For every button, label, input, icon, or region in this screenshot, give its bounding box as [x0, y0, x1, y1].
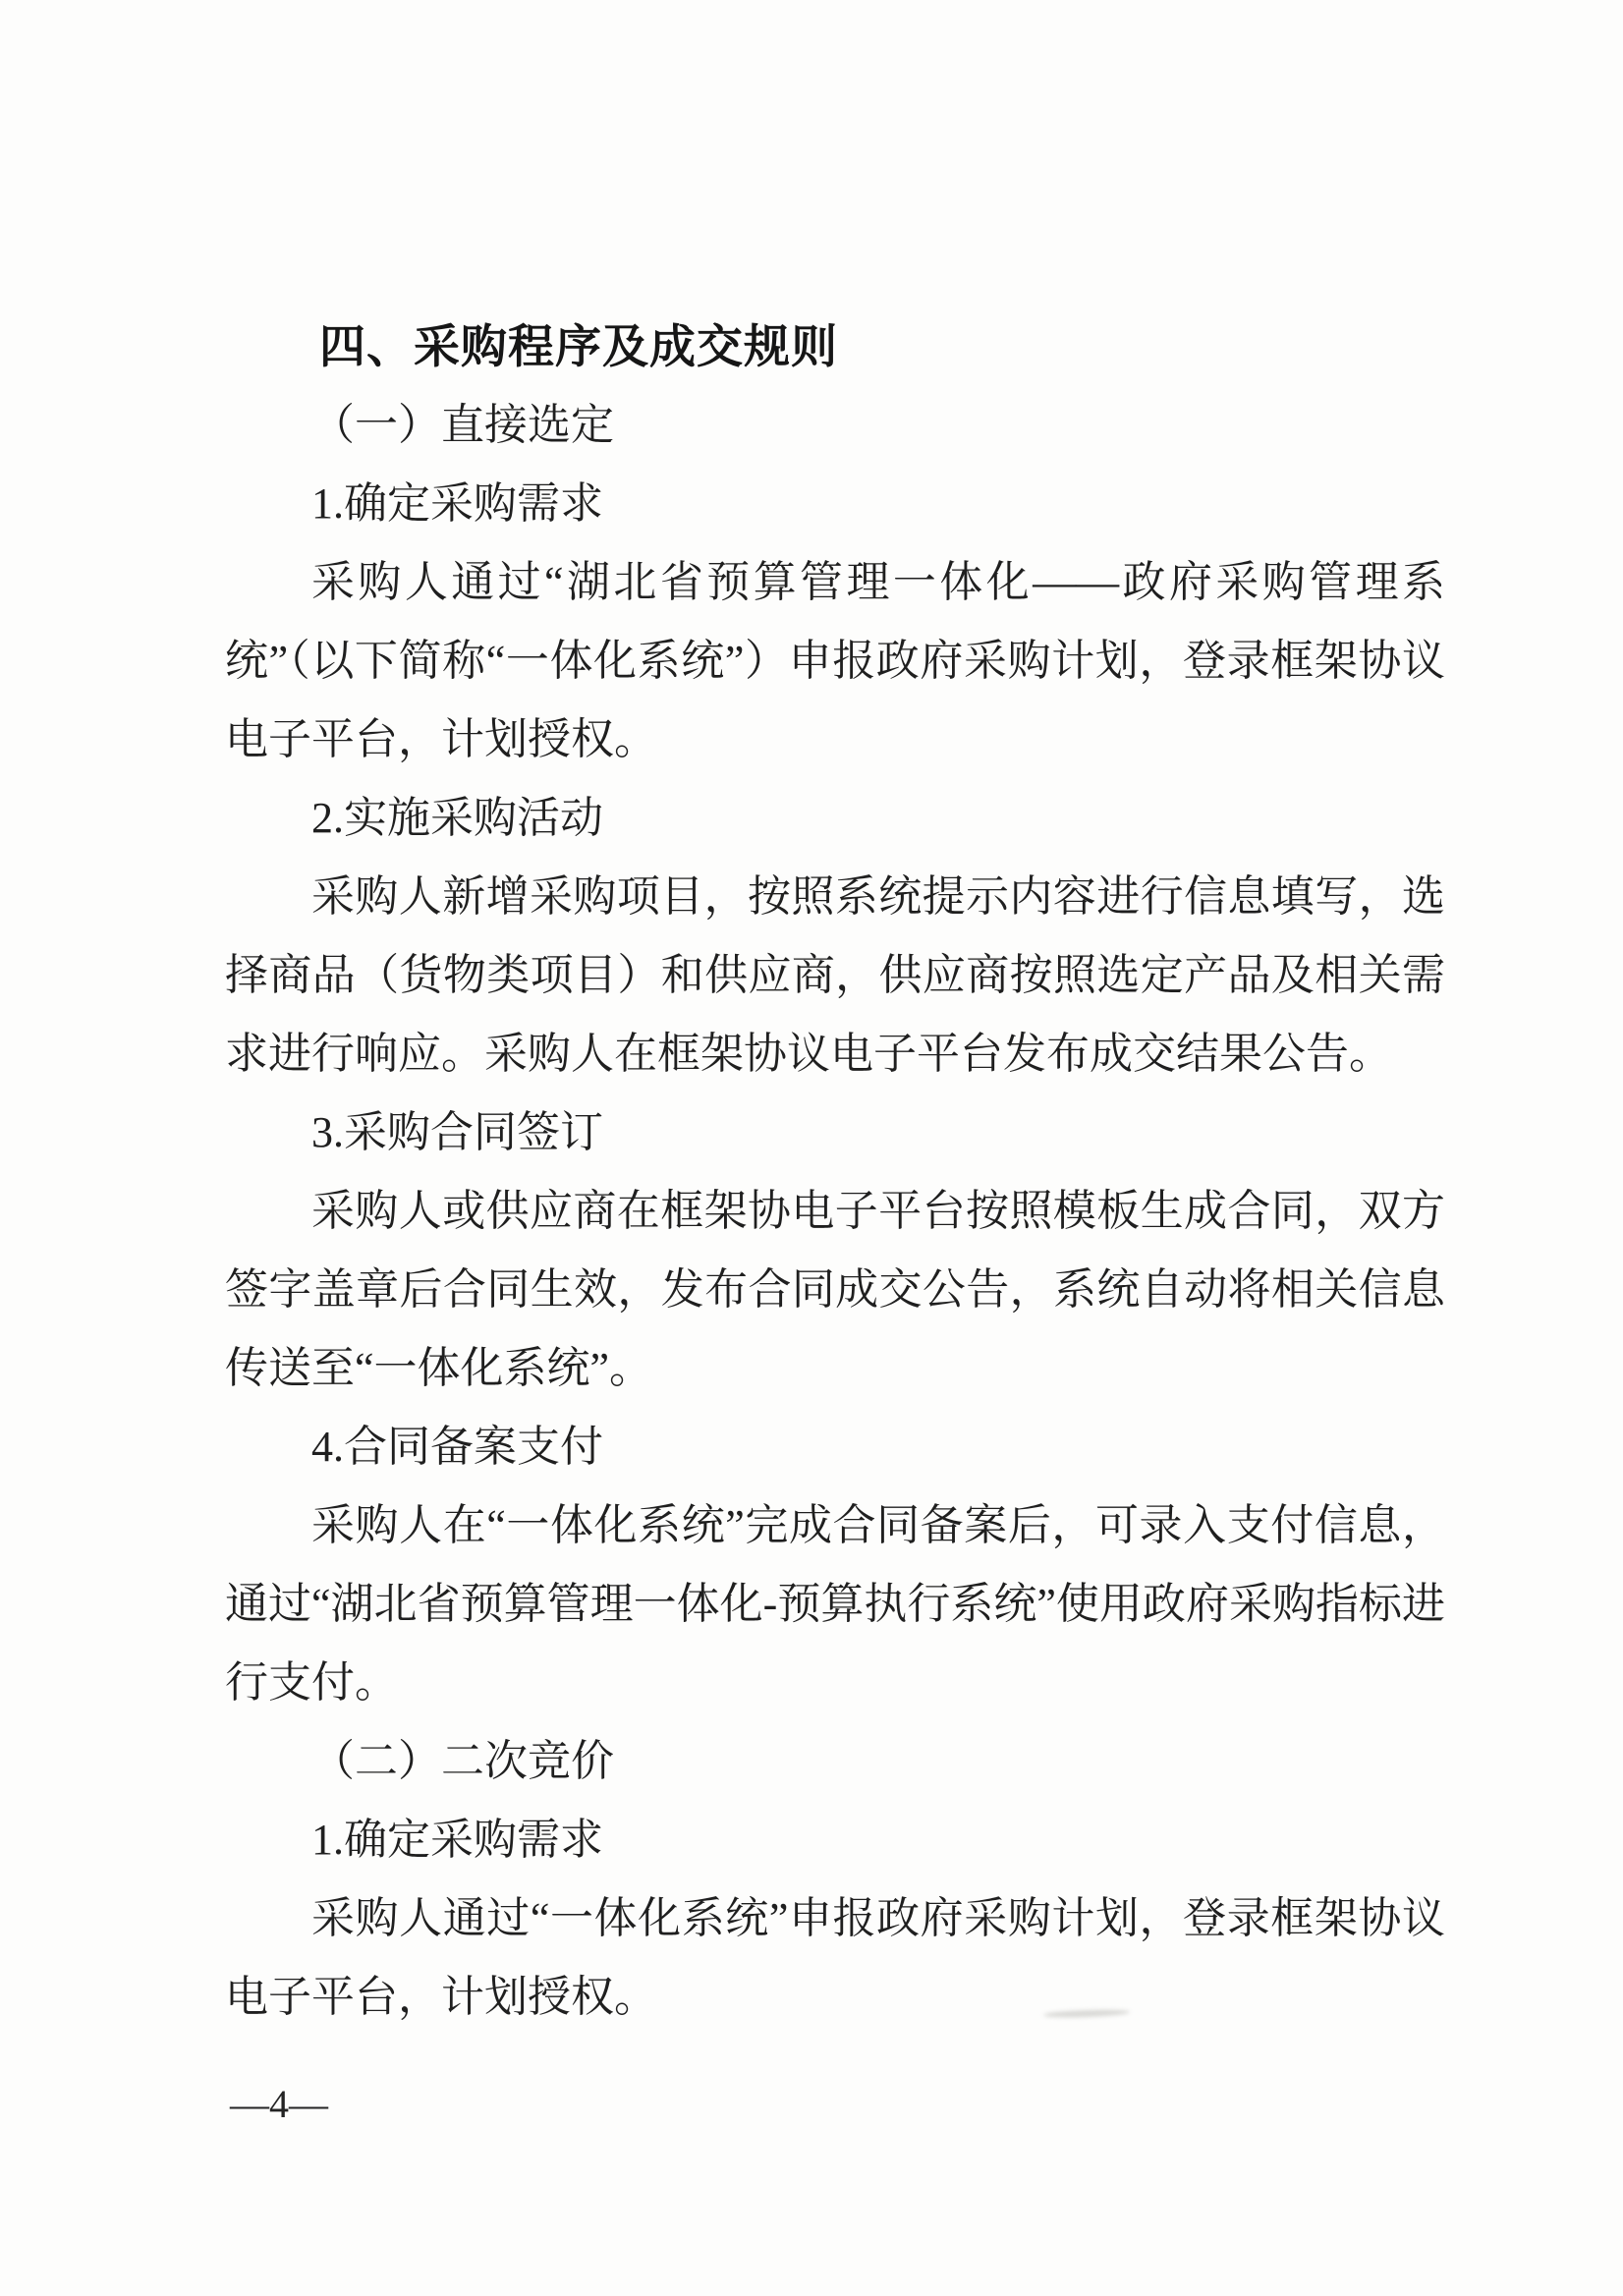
- paragraph-3: 采购人或供应商在框架协电子平台按照模板生成合同，双方签字盖章后合同生效，发布合同…: [225, 1172, 1445, 1408]
- document-body: 四、采购程序及成交规则 （一）直接选定 1.确定采购需求 采购人通过“湖北省预算…: [225, 308, 1445, 2037]
- numbered-item-5: 1.确定采购需求: [225, 1801, 1445, 1879]
- numbered-item-3: 3.采购合同签订: [225, 1093, 1445, 1172]
- paragraph-2: 采购人新增采购项目，按照系统提示内容进行信息填写，选择商品（货物类项目）和供应商…: [225, 858, 1445, 1093]
- subsection-heading-2: （二）二次竞价: [225, 1722, 1445, 1801]
- paragraph-1: 采购人通过“湖北省预算管理一体化——政府采购管理系统”（以下简称“一体化系统”）…: [225, 543, 1445, 779]
- section-heading: 四、采购程序及成交规则: [225, 308, 1445, 386]
- document-page: 四、采购程序及成交规则 （一）直接选定 1.确定采购需求 采购人通过“湖北省预算…: [0, 0, 1623, 2296]
- numbered-item-2: 2.实施采购活动: [225, 779, 1445, 858]
- paragraph-4: 采购人在“一体化系统”完成合同备案后，可录入支付信息，通过“湖北省预算管理一体化…: [225, 1486, 1445, 1722]
- subsection-heading-1: （一）直接选定: [225, 386, 1445, 465]
- numbered-item-1: 1.确定采购需求: [225, 465, 1445, 543]
- page-number: —4—: [230, 2083, 328, 2126]
- numbered-item-4: 4.合同备案支付: [225, 1408, 1445, 1486]
- paragraph-5: 采购人通过“一体化系统”申报政府采购计划，登录框架协议电子平台，计划授权。: [225, 1879, 1445, 2037]
